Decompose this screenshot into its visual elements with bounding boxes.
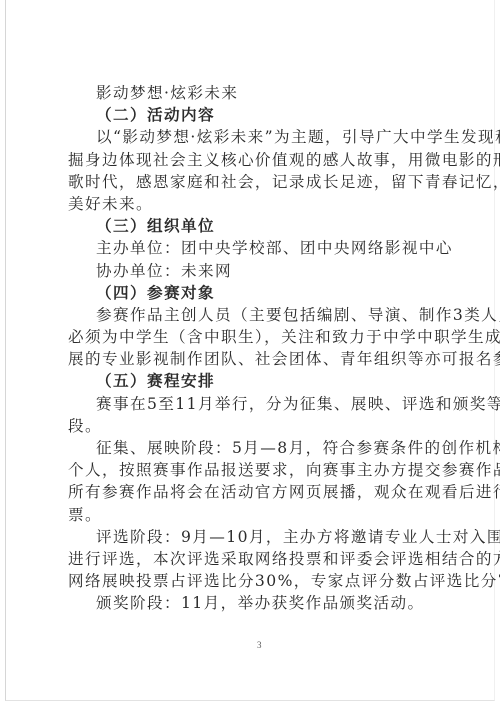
paragraph-line: 以“影动梦想·炫彩未来”为主题，引导广大中学生发现和挖 [68,126,448,148]
collection-stage-line: 征集、展映阶段：5月—8月，符合参赛条件的创作机构或 [68,437,448,459]
paragraph-line: 必须为中学生（含中职生），关注和致力于中学中职学生成长发 [68,326,448,348]
paragraph-line: 网络展映投票占评选比分30%，专家点评分数占评选比分70%。 [68,570,448,592]
section-heading-activity-content: （二）活动内容 [68,104,448,126]
page-number: 3 [257,640,262,650]
paragraph-line: 进行评选，本次评选采取网络投票和评委会评选相结合的方式， [68,548,448,570]
section-heading-schedule: （五）赛程安排 [68,370,448,392]
document-page: 影动梦想·炫彩未来 （二）活动内容 以“影动梦想·炫彩未来”为主题，引导广大中学… [5,0,495,701]
paragraph-line: 参赛作品主创人员（主要包括编剧、导演、制作3类人员） [68,304,448,326]
paragraph-line: 美好未来。 [68,193,448,215]
paragraph-line: 个人，按照赛事作品报送要求，向赛事主办方提交参赛作品， [68,459,448,481]
section-heading-participants: （四）参赛对象 [68,282,448,304]
co-organizer-line: 协办单位：未来网 [68,260,448,282]
document-body: 影动梦想·炫彩未来 （二）活动内容 以“影动梦想·炫彩未来”为主题，引导广大中学… [68,82,448,615]
section-heading-organizers: （三）组织单位 [68,215,448,237]
paragraph-line: 歌时代，感恩家庭和社会，记录成长足迹，留下青春记忆，憧憬 [68,171,448,193]
paragraph-line: 所有参赛作品将会在活动官方网页展播，观众在观看后进行投 [68,481,448,503]
host-organizer-line: 主办单位：团中央学校部、团中央网络影视中心 [68,237,448,259]
paragraph-line: 票。 [68,504,448,526]
paragraph-line: 段。 [68,415,448,437]
judging-stage-line: 评选阶段：9月—10月，主办方将邀请专业人士对入围作品 [68,526,448,548]
paragraph-line: 展的专业影视制作团队、社会团体、青年组织等亦可报名参赛。 [68,348,448,370]
paragraph-line: 赛事在5至11月举行，分为征集、展映、评选和颁奖等阶 [68,393,448,415]
award-stage-line: 颁奖阶段：11月，举办获奖作品颁奖活动。 [68,592,448,614]
theme-line: 影动梦想·炫彩未来 [68,82,448,104]
paragraph-line: 掘身边体现社会主义核心价值观的感人故事，用微电影的形式讴 [68,149,448,171]
